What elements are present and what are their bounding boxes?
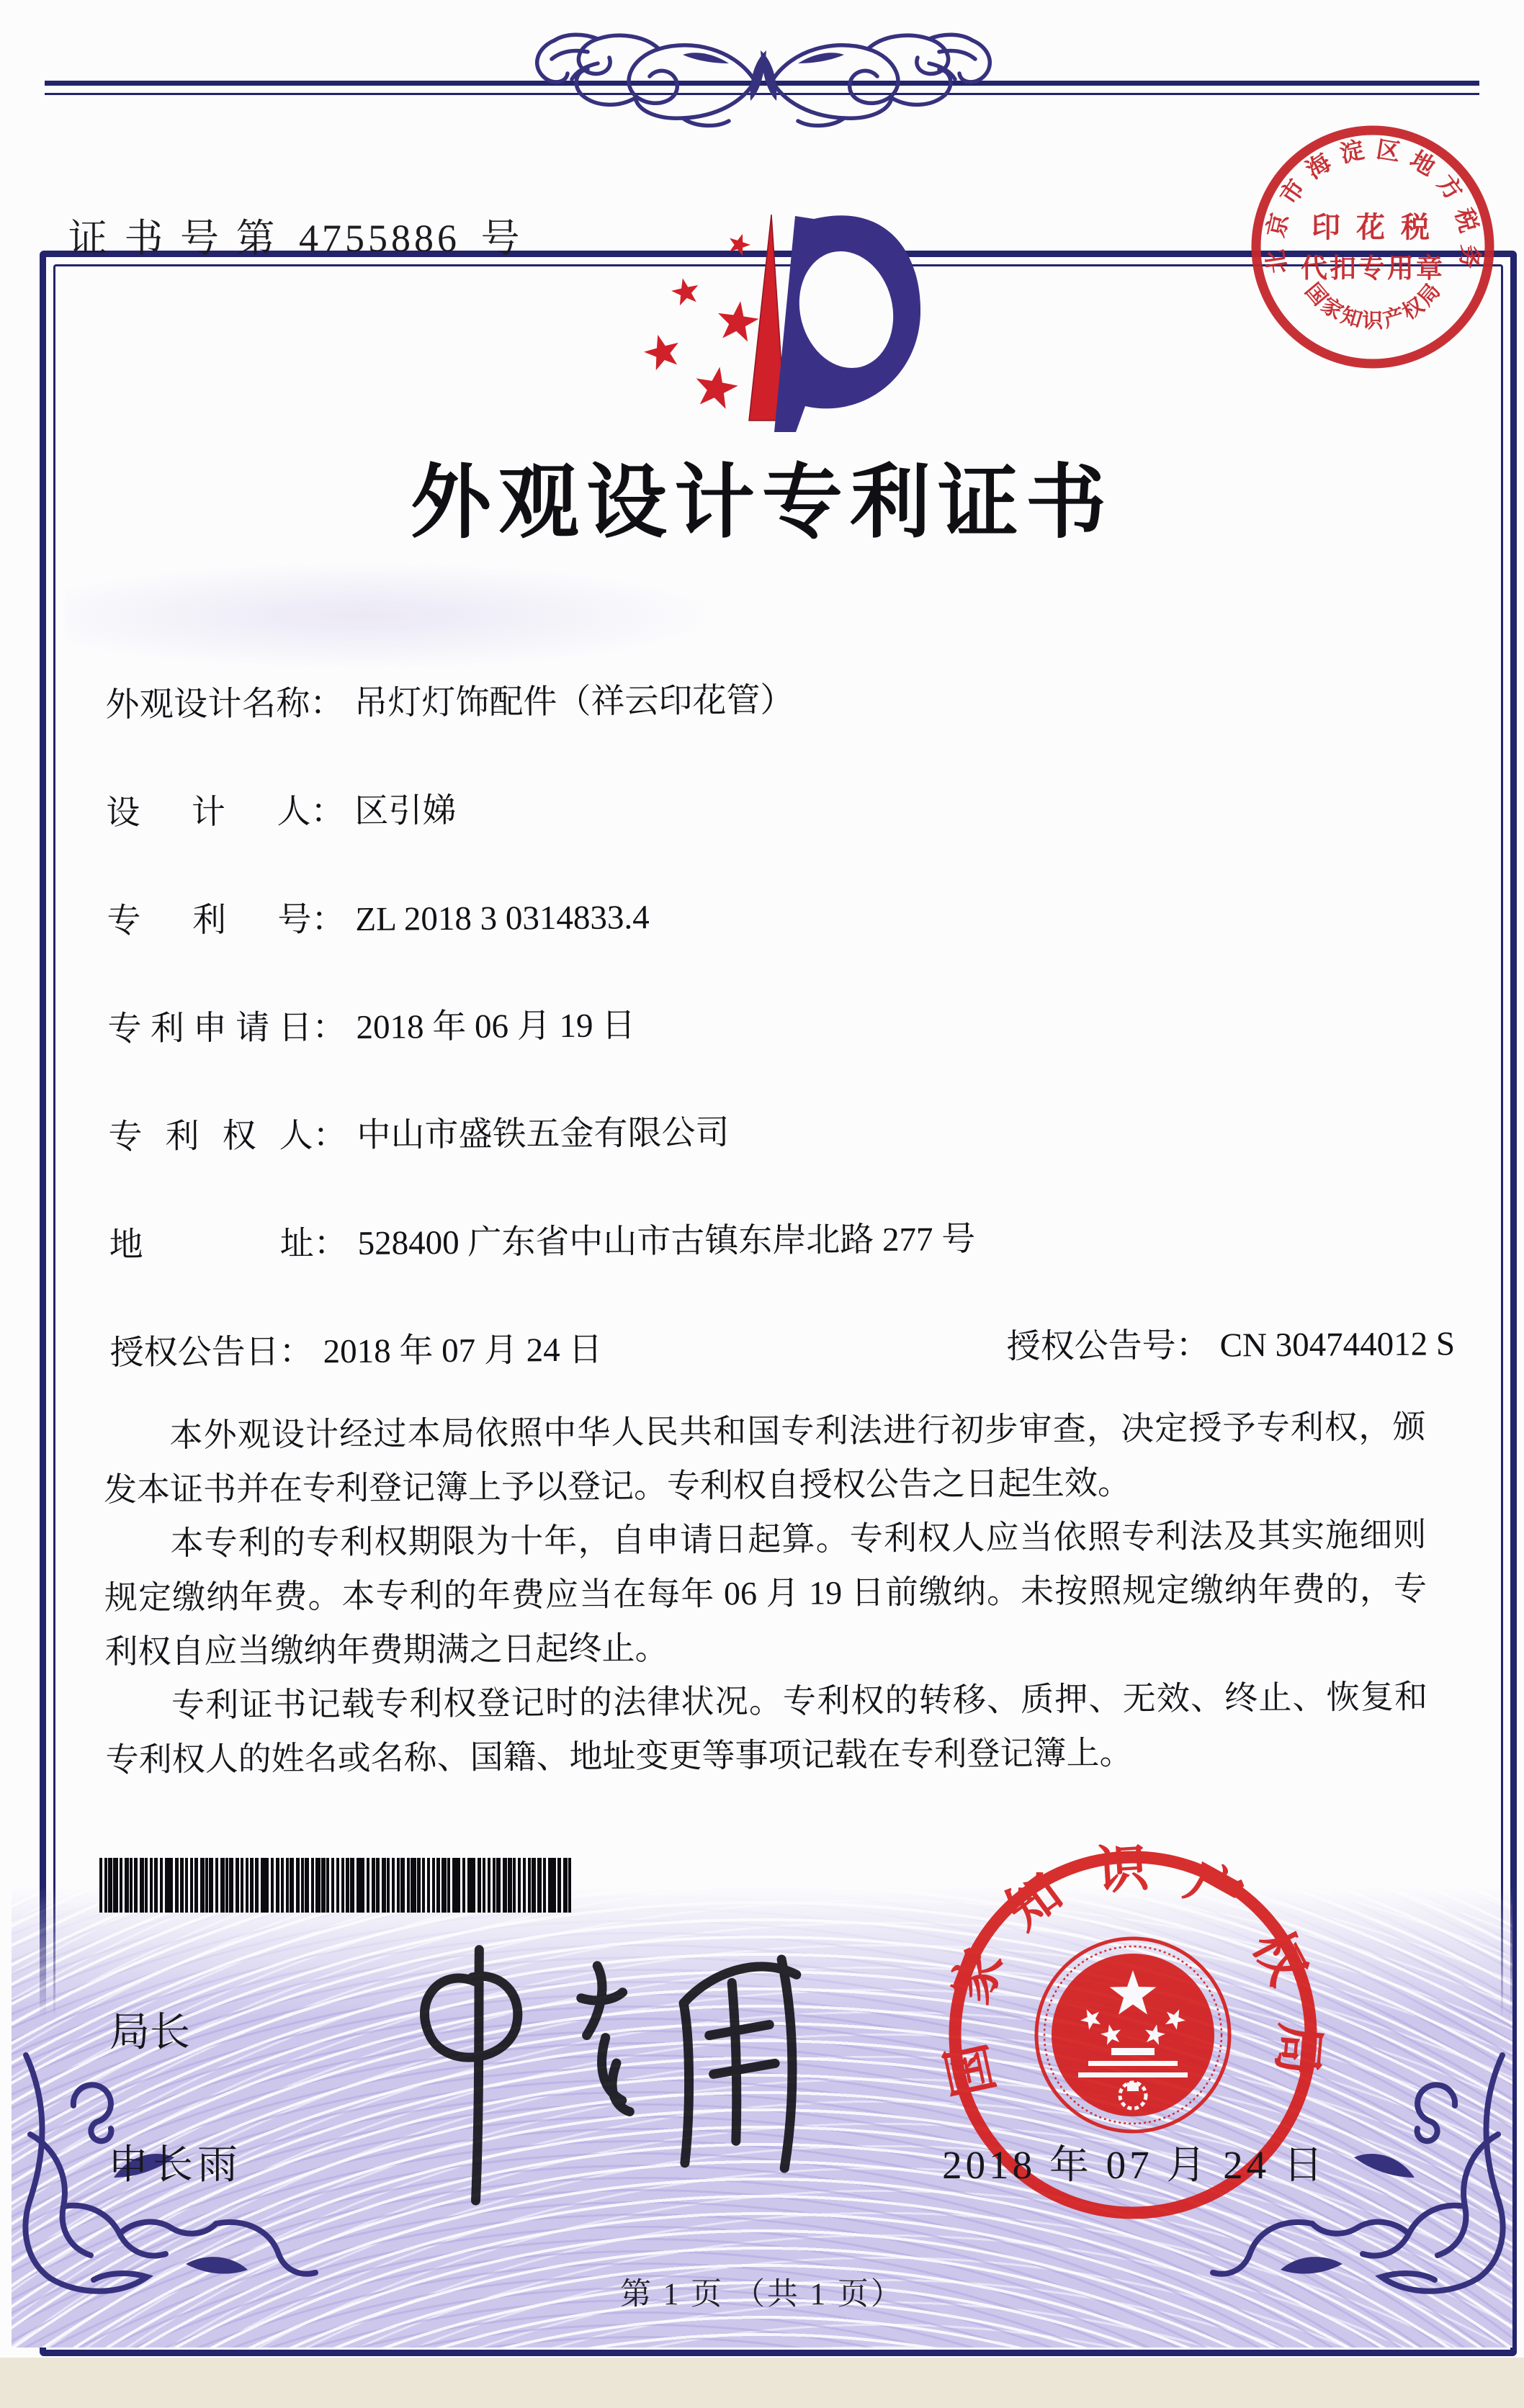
field-designer: 设计人：区引娣 — [106, 783, 456, 834]
officer-name: 申长雨 — [108, 2133, 242, 2191]
field-address: 地址：528400 广东省中山市古镇东岸北路 277 号 — [109, 1212, 975, 1266]
logo-stars-icon — [640, 230, 761, 410]
tax-stamp-line1: 印 花 税 — [1312, 211, 1434, 243]
national-emblem-icon — [1036, 1938, 1229, 2131]
colon: ： — [312, 1009, 346, 1046]
field-grant-date-value: 2018 年 07 月 24 日 — [323, 1331, 602, 1371]
field-grant-row: 授权公告日：2018 年 07 月 24 日 授权公告号：CN 30474401… — [109, 1317, 1427, 1375]
field-design-name-label: 外观设计名称 — [105, 676, 310, 726]
paragraph-1: 本外观设计经过本局依照中华人民共和国专利法进行初步审查，决定授予专利权，颁发本证… — [103, 1401, 1426, 1518]
field-patent-no-value: ZL 2018 3 0314833.4 — [355, 899, 650, 938]
signature — [359, 1929, 837, 2240]
certificate-number-suffix: 号 — [481, 217, 524, 260]
field-patent-no-label: 专利号 — [107, 892, 311, 942]
field-grant-no: 授权公告号：CN 304744012 S — [1006, 1316, 1455, 1367]
page-title: 外观设计专利证书 — [0, 438, 1524, 554]
dragon-ornament — [497, 27, 1030, 134]
certificate-number-value: 4755886 — [299, 217, 460, 260]
paragraph-2: 本专利的专利权期限为十年，自申请日起算。专利权人应当依照专利法及其实施细则规定缴… — [104, 1509, 1427, 1680]
cnipa-logo — [596, 200, 920, 452]
paragraph-3: 专利证书记载专利权登记时的法律状况。专利权的转移、质押、无效、终止、恢复和专利权… — [105, 1670, 1428, 1787]
barcode — [99, 1858, 572, 1913]
field-design-name: 外观设计名称：吊灯灯饰配件（祥云印花管） — [105, 673, 794, 727]
bottom-cream-strip — [0, 2358, 1524, 2408]
officer-title: 局长 — [109, 2000, 190, 2058]
certificate-number: 证 书 号 第 4755886 号 — [68, 207, 524, 263]
page-footer: 第 1 页 （共 1 页） — [0, 2270, 1524, 2314]
field-filing-date-label: 专利申请日 — [107, 1000, 312, 1050]
tax-stamp-bottom-arc: 国家知识产权局 — [1300, 279, 1445, 333]
field-address-label: 地址 — [109, 1216, 313, 1266]
signature-icon — [359, 1929, 837, 2240]
field-designer-value: 区引娣 — [354, 792, 456, 830]
field-designer-label: 设计人 — [106, 784, 310, 834]
colon: ： — [1175, 1327, 1209, 1365]
seal-date: 2018 年 07 月 24 日 — [925, 2133, 1343, 2190]
tax-stamp-line2: 代扣专用章 — [1301, 253, 1445, 284]
tax-stamp-icon: 北京市海淀区地方税务局 国家知识产权局 印 花 税 代扣专用章 — [1243, 117, 1502, 377]
svg-text:国家知识产权局: 国家知识产权局 — [1300, 279, 1445, 333]
colon: ： — [279, 1333, 313, 1370]
field-filing-date: 专利申请日：2018 年 06 月 19 日 — [107, 998, 635, 1050]
cnipa-logo-icon — [596, 200, 920, 452]
field-grant-date-label: 授权公告日 — [109, 1334, 279, 1373]
colon: ： — [311, 901, 345, 938]
field-grant-no-label: 授权公告号 — [1006, 1327, 1175, 1366]
field-design-name-value: 吊灯灯饰配件（祥云印花管） — [354, 682, 794, 722]
colon: ： — [310, 793, 344, 830]
field-patent-no: 专利号：ZL 2018 3 0314833.4 — [107, 890, 650, 942]
tax-stamp: 北京市海淀区地方税务局 国家知识产权局 印 花 税 代扣专用章 — [1243, 117, 1502, 377]
field-filing-date-value: 2018 年 06 月 19 日 — [356, 1007, 635, 1046]
dragon-ornament-icon — [497, 27, 1030, 134]
legal-paragraphs: 本外观设计经过本局依照中华人民共和国专利法进行初步审查，决定授予专利权，颁发本证… — [103, 1401, 1428, 1788]
field-patentee-label: 专利权人 — [108, 1108, 313, 1158]
field-grant-no-value: CN 304744012 S — [1219, 1325, 1455, 1364]
colon: ： — [310, 685, 344, 722]
field-address-value: 528400 广东省中山市古镇东岸北路 277 号 — [357, 1221, 975, 1262]
field-patentee-value: 中山市盛铁五金有限公司 — [357, 1114, 729, 1154]
colon: ： — [313, 1225, 347, 1262]
colon: ： — [313, 1117, 346, 1154]
certificate-number-prefix: 证 书 号 第 — [68, 217, 279, 260]
field-patentee: 专利权人：中山市盛铁五金有限公司 — [108, 1105, 729, 1158]
scan-smudge — [65, 562, 727, 670]
patent-certificate-page: 证 书 号 第 4755886 号 — [0, 0, 1524, 2408]
